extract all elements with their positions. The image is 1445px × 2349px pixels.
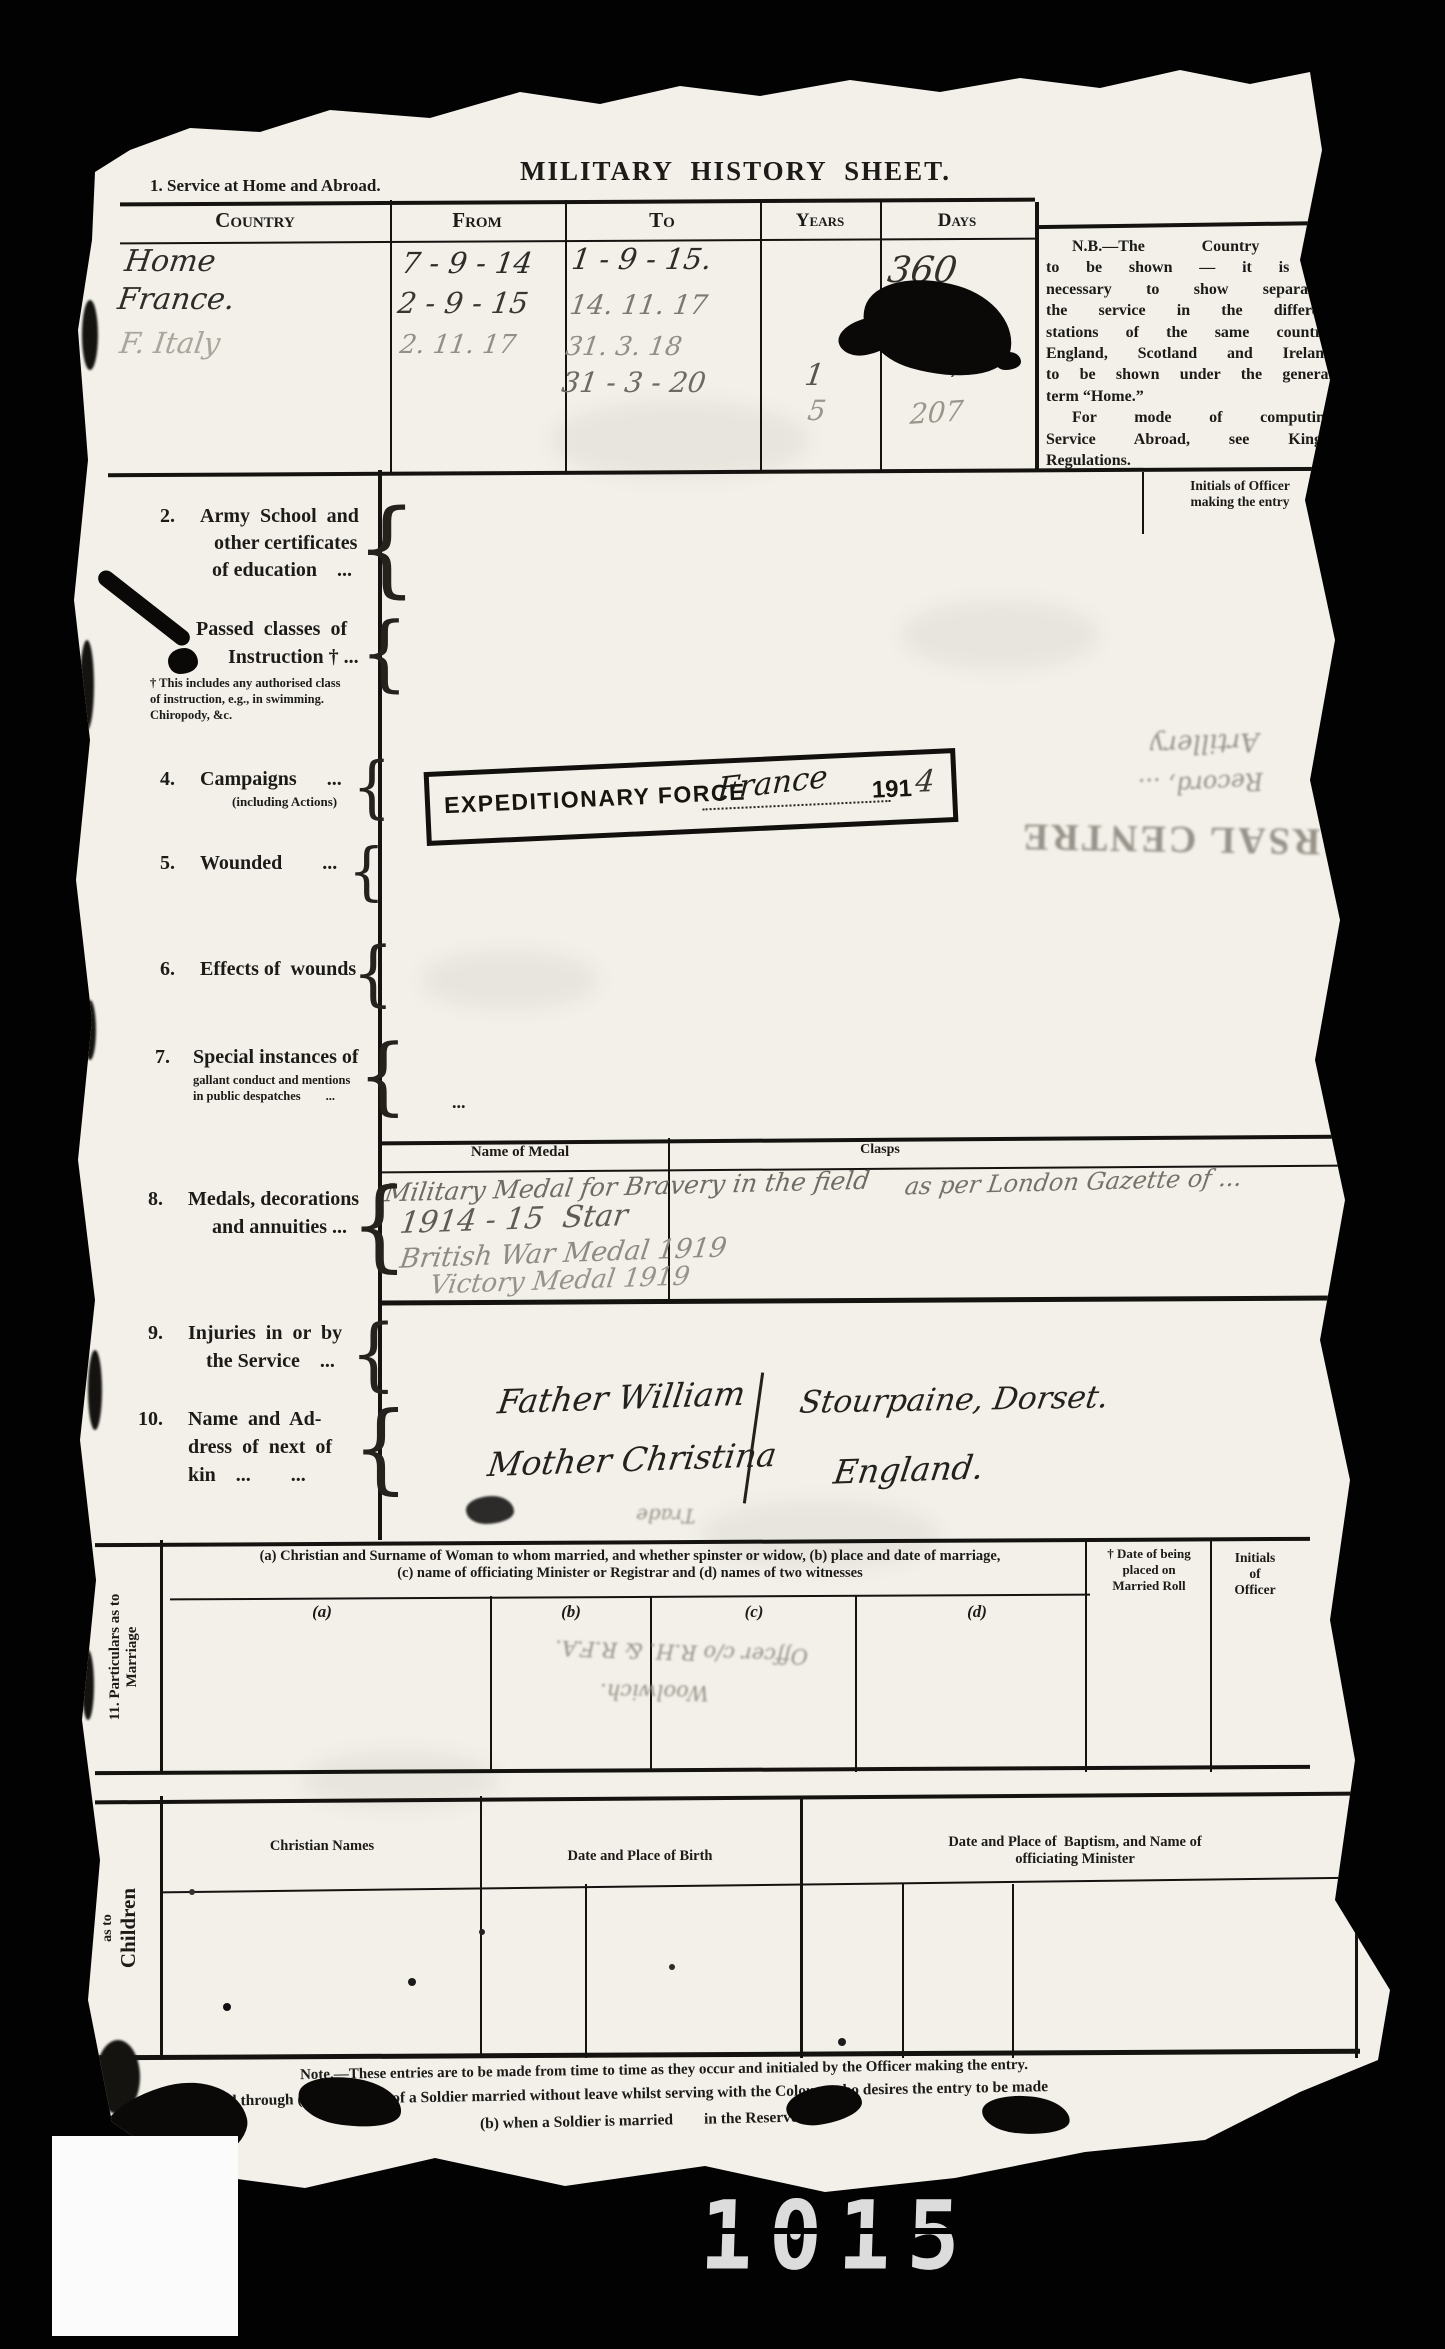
section10-label-line1: Name and Ad- (188, 1408, 321, 1431)
section5-number: 5. (160, 852, 175, 875)
torn-edge-mark (82, 300, 98, 370)
children-col2-header: Date and Place of Birth (568, 1848, 713, 1865)
initials-line1: Initials of Officer (1190, 478, 1290, 493)
section2-number: 2. (160, 505, 175, 528)
nb-line: necessary to show separately (1046, 279, 1333, 300)
col-header-from: From (452, 208, 502, 233)
marriage-side-label: 11. Particulars as to Marriage (107, 1542, 153, 1772)
service-from-france: 2 - 9 - 15 (396, 286, 531, 320)
nb-line: the service in the different (1046, 300, 1333, 321)
paper-sheet: 1. Service at Home and Abroad. MILITARY … (0, 0, 1445, 2349)
children-side-label-line1: as to (100, 1828, 116, 2028)
section4-number: 4. (160, 768, 175, 791)
section9-brace: { (350, 1314, 397, 1394)
section8-label-line1: Medals, decorations (188, 1188, 359, 1211)
children-table-rule (160, 1796, 163, 2058)
initials-line2: making the entry (1190, 494, 1289, 509)
service-country-france: France. (116, 282, 237, 317)
children-side-label: as to Children (100, 1828, 156, 2028)
col-header-country: Country (215, 208, 295, 233)
nb-line: Service Abroad, see King’s (1046, 429, 1333, 450)
section3-footnote-line1: † This includes any authorised class (150, 676, 340, 691)
table-rule (760, 200, 762, 472)
section7-brace: { (358, 1034, 408, 1118)
marriage-header-line1: (a) Christian and Surname of Woman to wh… (170, 1548, 1090, 1565)
section7-entry-dots: ... (452, 1092, 466, 1113)
service-to-italy-faint: 31. 3. 18 (564, 332, 684, 362)
torn-edge-mark (82, 1650, 94, 1720)
next-of-kin-address-line2: England. (831, 1447, 986, 1491)
nb-line: to be shown — it is no (1046, 257, 1333, 278)
section7-sublabel2: in public despatches ... (193, 1089, 335, 1104)
col-header-days: Days (938, 210, 977, 232)
ghost-stamp-artillery: Artillery (1150, 726, 1260, 760)
children-side-label-line2: Children (116, 1828, 141, 2028)
section5-label: Wounded ... (200, 852, 337, 875)
children-col3-header: Date and Place of Baptism, and Name of o… (865, 1834, 1285, 1868)
section10-brace: { (352, 1400, 409, 1497)
marriage-side-label-line2: Marriage (124, 1542, 141, 1772)
section3-footnote-line3: Chiropody, &c. (150, 708, 232, 723)
col-header-to: To (649, 208, 675, 233)
marriage-initials-line1: Initials (1212, 1550, 1298, 1566)
service-days-total-faint: 207 (909, 394, 965, 431)
section2-label-line3: of education ... (212, 559, 352, 582)
married-roll-line1: † Date of being (1090, 1546, 1208, 1562)
section10-label-line3: kin ... ... (188, 1464, 306, 1487)
nb-line: term “Home.” (1046, 386, 1333, 407)
children-col1-header: Christian Names (270, 1838, 374, 1855)
clasps-col-header: Clasps (860, 1142, 900, 1158)
section5-brace: { (348, 840, 385, 903)
nb-line: For mode of computing (1046, 407, 1333, 428)
section3-footnote-line2: of instruction, e.g., in swimming. (150, 692, 324, 707)
married-roll-header: † Date of being placed on Married Roll (1090, 1546, 1208, 1594)
marriage-initials-line3: Officer (1212, 1582, 1298, 1598)
torn-edge-mark (88, 1350, 102, 1430)
section4-brace: { (352, 754, 391, 821)
service-country-home: Home (123, 244, 218, 279)
nb-note: N.B.—The Country on to be shown — it is … (1046, 236, 1333, 471)
stencil-number: 1015 (698, 2180, 978, 2291)
service-to-home: 1 - 9 - 15. (570, 242, 714, 276)
section7-sublabel1: gallant conduct and mentions (193, 1073, 350, 1088)
marriage-col-d: (d) (967, 1602, 987, 1622)
married-roll-line2: placed on (1090, 1562, 1208, 1578)
paper-specks (160, 1800, 164, 1804)
section-rule (1142, 472, 1144, 534)
nb-line: stations of the same country, (1046, 322, 1333, 343)
section8-brace: { (350, 1176, 409, 1275)
section10-number: 10. (138, 1408, 163, 1431)
page-title: MILITARY HISTORY SHEET. (520, 156, 951, 187)
stamp-year-handwritten: 4 (914, 764, 936, 800)
children-table-rule (585, 1884, 587, 2058)
section2-brace: { (356, 496, 417, 600)
marriage-initials-header: Initials of Officer (1212, 1550, 1298, 1598)
stamp-place-handwritten: France (717, 759, 829, 808)
section7-number: 7. (155, 1046, 170, 1069)
section1-label: 1. Service at Home and Abroad. (150, 176, 381, 196)
section8-label-line2: and annuities ... (212, 1216, 347, 1239)
service-from-home: 7 - 9 - 14 (400, 246, 535, 280)
paper-stain (420, 950, 600, 1010)
marriage-table-rule (1085, 1540, 1087, 1772)
children-table-rule (800, 1796, 803, 2058)
section9-label-line1: Injuries in or by (188, 1322, 342, 1345)
marriage-side-label-line1: 11. Particulars as to (107, 1542, 124, 1772)
marriage-header-line2: (c) name of officiating Minister or Regi… (170, 1565, 1090, 1582)
section6-number: 6. (160, 958, 175, 981)
section6-brace: { (352, 938, 394, 1009)
marriage-col-c: (c) (745, 1602, 764, 1622)
marriage-col-b: (b) (561, 1602, 581, 1622)
marriage-header: (a) Christian and Surname of Woman to wh… (170, 1548, 1090, 1582)
section2-label-line1: Army School and (200, 505, 359, 528)
table-rule (1035, 202, 1039, 472)
section3-brace: { (360, 612, 408, 694)
children-table-rule (902, 1884, 904, 2058)
nb-line: N.B.—The Country on (1046, 236, 1333, 257)
torn-edge-mark (84, 1000, 96, 1060)
children-table-rule (480, 1796, 482, 2058)
marriage-col-a: (a) (312, 1602, 332, 1622)
children-col3-line2: officiating Minister (865, 1851, 1285, 1868)
section9-number: 9. (148, 1322, 163, 1345)
section8-number: 8. (148, 1188, 163, 1211)
stamp-year-printed: 191 (871, 775, 912, 805)
section7-label: Special instances of (193, 1046, 359, 1069)
section9-label-line2: the Service ... (206, 1350, 335, 1373)
service-to-final: 31 - 3 - 20 (560, 366, 708, 399)
paper-stain (550, 400, 810, 480)
section3-label-line2: Instruction † ... (228, 646, 359, 669)
children-col3-line1: Date and Place of Baptism, and Name of (865, 1834, 1285, 1851)
section3-label-line1: Passed classes of (196, 618, 347, 641)
marriage-table-rule (160, 1540, 163, 1772)
paper-stain (900, 600, 1100, 670)
service-to-france: 14. 11. 17 (568, 290, 710, 321)
children-table-rule (1012, 1884, 1014, 2058)
col-header-years: Years (796, 210, 844, 232)
marriage-initials-line2: of (1212, 1566, 1298, 1582)
ghost-stamp-dispersal-centre: DISPERSAL CENTRE (1020, 814, 1445, 865)
section6-label: Effects of wounds (200, 958, 356, 981)
initials-of-officer-header: Initials of Officermaking the entry (1190, 478, 1290, 510)
children-table-rule (1355, 1796, 1358, 2058)
section2-label-line2: other certificates (214, 532, 357, 555)
table-rule (390, 200, 392, 472)
medal-col-header: Name of Medal (471, 1144, 569, 1161)
marriage-table-rule (490, 1596, 492, 1772)
scanned-document-page: 1. Service at Home and Abroad. MILITARY … (0, 0, 1445, 2349)
service-country-italy-faint: F. Italy (118, 326, 223, 360)
section4-label: Campaigns ... (200, 768, 342, 791)
service-from-italy-faint: 2. 11. 17 (398, 330, 518, 360)
white-patch (52, 2136, 238, 2336)
torn-edge-mark (80, 640, 94, 730)
marriage-table-rule (855, 1596, 857, 1772)
section4-sublabel: (including Actions) (232, 794, 337, 810)
stencil-break-line (702, 2228, 970, 2234)
section10-label-line2: dress of next of (188, 1436, 332, 1459)
married-roll-line3: Married Roll (1090, 1578, 1208, 1594)
next-of-kin-address-line1: Stourpaine, Dorset. (797, 1379, 1111, 1420)
ghost-stamp-woolwich: Woolwich. (600, 1679, 709, 1705)
stamp-label: EXPEDITIONARY FORCE (444, 779, 747, 820)
ghost-text-trade: Trade (636, 1504, 695, 1528)
nb-line: to be shown under the general (1046, 364, 1333, 385)
nb-line: England, Scotland and Ireland (1046, 343, 1333, 364)
